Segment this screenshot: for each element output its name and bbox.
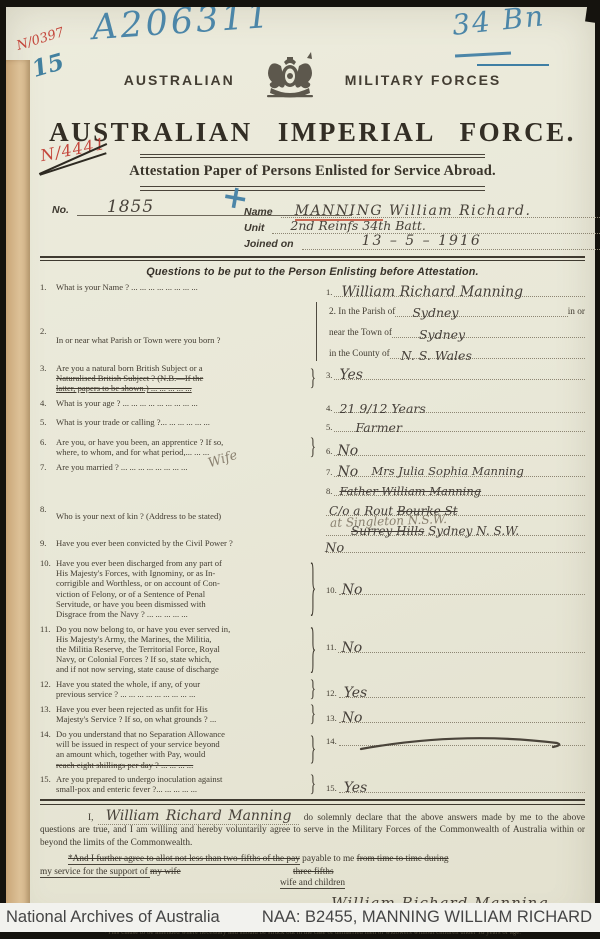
allotment-struck-1: *And I further agree to allot not less t…: [68, 854, 300, 865]
a2-inor-label: in or: [568, 307, 585, 317]
q14-line2: will be issued in respect of your servic…: [56, 739, 220, 749]
q12-number: 12.: [40, 679, 56, 699]
q6-line2: where, to whom, and for what period,... …: [56, 447, 209, 457]
a12-value: Yes: [341, 688, 371, 699]
a12-number: 12.: [326, 688, 339, 698]
q10-line4: viction of Felony, or of a Sentence of P…: [56, 589, 205, 599]
q7-text: Are you married ? ... ... ... ... ... ..…: [56, 462, 316, 477]
a2-parish-label: 2. In the Parish of: [329, 307, 395, 317]
given-names-value: William Richard.: [383, 203, 531, 219]
a7-value: No: [334, 467, 361, 478]
question-row-14: 14. Do you understand that no Separation…: [40, 729, 585, 770]
q1-number: 1.: [40, 282, 56, 297]
naa-item-reference: NAA: B2455, MANNING WILLIAM RICHARD: [262, 908, 592, 927]
q1-text: What is your Name ? ... ... ... ... ... …: [56, 282, 316, 297]
rule-heavy: [40, 256, 585, 262]
questions-heading: Questions to be put to the Person Enlist…: [40, 266, 585, 278]
a9-value: No: [322, 543, 347, 554]
q2-text: In or near what Parish or Town were you …: [56, 317, 316, 345]
joined-on-label: Joined on: [244, 238, 302, 250]
document-scan: AUSTRALIAN: [0, 0, 600, 939]
q5-text: What is your trade or calling ?... ... .…: [56, 417, 316, 432]
q8-text: Who is your next of kin ? (Address to be…: [56, 497, 316, 521]
a14-dash-stroke: [357, 729, 567, 755]
a1-number: 1.: [326, 287, 334, 297]
question-row-10: 10. Have you ever been discharged from a…: [40, 558, 585, 619]
q14-line1: Do you understand that no Separation All…: [56, 729, 225, 739]
allotment-struck-2: from time to time during: [357, 854, 449, 864]
unit-value: 2nd Reinfs 34th Batt.: [290, 218, 425, 233]
a4-number: 4.: [326, 403, 334, 413]
q15-line2: small-pox and enteric fever ?... ... ...…: [56, 784, 197, 794]
allotment-clause: *And I further agree to allot not less t…: [40, 853, 585, 879]
q6-line1: Are you, or have you been, an apprentice…: [56, 437, 223, 447]
unit-label: Unit: [244, 222, 272, 234]
q10-line5: Servitude, or have you been dismissed wi…: [56, 599, 206, 609]
a10-number: 10.: [326, 585, 339, 595]
q4-number: 4.: [40, 398, 56, 413]
a7-nok-value: Mrs Julia Sophia Manning: [368, 466, 526, 477]
a2-town-label: near the Town of: [329, 328, 392, 338]
a10-value: No: [339, 585, 366, 596]
paper-content: AUSTRALIAN: [40, 0, 585, 936]
q9-number: 9.: [40, 538, 56, 553]
question-row-8: 8. Who is your next of kin ? (Address to…: [40, 481, 585, 536]
question-row-2: 2. In or near what Parish or Town were y…: [40, 302, 585, 361]
a4-value: 21 9/12 Years: [336, 403, 428, 414]
rule: [140, 154, 485, 158]
q14-line3: an amount which, together with Pay, woul…: [56, 749, 205, 759]
a8-line1-struck: Father William Manning: [336, 486, 484, 497]
header-military-forces: MILITARY FORCES: [345, 72, 502, 88]
a3-number: 3.: [326, 370, 334, 380]
q10-line2: His Majesty's Forces, with Ignominy, or …: [56, 568, 215, 578]
enlistment-block: No. 1855 Name MANNING William Richard. U…: [40, 201, 585, 250]
allotment-plain-2: my service for the support of: [40, 867, 150, 878]
a6-number: 6.: [326, 446, 334, 456]
q12-line2: previous service ? ... ... ... ... ... .…: [56, 689, 195, 699]
a2-town-value: Sydney: [416, 329, 468, 340]
questions-list: 1. What is your Name ? ... ... ... ... .…: [40, 282, 585, 794]
a13-number: 13.: [326, 713, 339, 723]
q3-line3-struck: latter, papers to be shown.) ... ... ...…: [56, 383, 192, 393]
q11-line2: His Majesty's Army, the Marines, the Mil…: [56, 634, 211, 644]
a1-value: William Richard Manning: [338, 287, 526, 298]
a13-value: No: [339, 713, 366, 724]
q5-number: 5.: [40, 417, 56, 432]
allotment-plain-1: payable to me: [300, 854, 357, 864]
blue-underline: [477, 64, 549, 66]
question-row-12: 12. Have you stated the whole, if any, o…: [40, 679, 585, 699]
q11-number: 11.: [40, 624, 56, 675]
a2-county-value: N. S. Wales: [398, 350, 475, 361]
a15-value: Yes: [341, 783, 371, 794]
q3-line2-struck: Naturalised British Subject ? (N.B.—If t…: [56, 373, 203, 383]
naa-archive-name: National Archives of Australia: [6, 908, 220, 927]
header-row: AUSTRALIAN: [40, 50, 585, 109]
a5-value: Farmer: [352, 422, 404, 433]
declaration: I, William Richard Manning do solemnly d…: [40, 810, 585, 850]
q15-line1: Are you prepared to undergo inoculation …: [56, 774, 222, 784]
scan-edge: [585, 0, 600, 24]
a8-line3: Sydney N. S.W.: [424, 524, 519, 538]
a11-value: No: [338, 643, 365, 654]
rule: [140, 186, 485, 190]
question-row-5: 5. What is your trade or calling ?... ..…: [40, 417, 585, 432]
a3-value: Yes: [336, 370, 366, 381]
allotment-wife-children: wife and children: [280, 878, 345, 889]
q9-text: Have you ever been convicted by the Civi…: [56, 538, 316, 553]
a2-parish-value: Sydney: [409, 307, 461, 318]
question-row-3: 3. Are you a natural born British Subjec…: [40, 363, 585, 394]
subtitle: Attestation Paper of Persons Enlisted fo…: [40, 163, 585, 180]
rule-heavy: [40, 799, 585, 805]
q12-line1: Have you stated the whole, if any, of yo…: [56, 679, 200, 689]
question-row-15: 15. Are you prepared to undergo inoculat…: [40, 774, 585, 794]
question-row-7: 7. Are you married ? ... ... ... ... ...…: [40, 462, 585, 477]
joined-on-value: 13 – 5 – 1916: [362, 233, 482, 249]
q4-text: What is your age ? ... ... ... ... ... .…: [56, 398, 316, 413]
question-row-13: 13. Have you ever been rejected as unfit…: [40, 704, 585, 724]
header-australian: AUSTRALIAN: [124, 72, 235, 88]
declaration-name-hw: William Richard Manning: [98, 808, 300, 825]
q11-line5: and if not now serving, state cause of d…: [56, 664, 219, 674]
q10-number: 10.: [40, 558, 56, 619]
allotment-struck-4: three fifths: [293, 867, 334, 877]
q10-line1: Have you ever been discharged from any p…: [56, 558, 222, 568]
a15-number: 15.: [326, 783, 339, 793]
allotment-struck-3: my wife: [150, 867, 181, 877]
declaration-prefix: I,: [88, 813, 93, 823]
q14-line4-struck: reach eight shillings per day ? ... ... …: [56, 760, 193, 770]
a14-number: 14.: [326, 736, 339, 746]
a8-number: 8.: [326, 486, 334, 496]
q14-number: 14.: [40, 729, 56, 770]
q13-number: 13.: [40, 704, 56, 724]
q10-line3: corrigible and Worthless, or on account …: [56, 578, 220, 588]
a11-number: 11.: [326, 642, 338, 652]
question-row-1: 1. What is your Name ? ... ... ... ... .…: [40, 282, 585, 297]
coat-of-arms-icon: [257, 50, 323, 109]
service-number-value: 1855: [107, 197, 154, 217]
paper-spine-edge: [6, 60, 30, 932]
a2-county-label: in the County of: [329, 349, 390, 359]
q11-line1: Do you now belong to, or have you ever s…: [56, 624, 230, 634]
q2-number: 2.: [40, 326, 56, 336]
q13-line2: Majesty's Service ? If so, on what groun…: [56, 714, 216, 724]
q11-line3: the Militia Reserve, the Territorial For…: [56, 644, 220, 654]
a7-number: 7.: [326, 467, 334, 477]
q15-number: 15.: [40, 774, 56, 794]
a6-value: No: [334, 446, 361, 457]
q6-number: 6.: [40, 437, 56, 457]
a5-number: 5.: [326, 422, 334, 432]
naa-caption-bar: National Archives of Australia NAA: B245…: [0, 903, 600, 932]
q10-line6: Disgrace from the Navy ? ... ... ... ...…: [56, 609, 188, 619]
q8-number: 8.: [40, 504, 56, 514]
no-label: No.: [52, 204, 77, 216]
q13-line1: Have you ever been rejected as unfit for…: [56, 704, 208, 714]
q3-number: 3.: [40, 363, 56, 394]
q7-number: 7.: [40, 462, 56, 477]
question-row-11: 11. Do you now belong to, or have you ev…: [40, 624, 585, 675]
page-title: AUSTRALIAN IMPERIAL FORCE.: [40, 117, 585, 148]
q11-line4: Navy, or Colonial Forces ? If so, state …: [56, 654, 211, 664]
q3-line1: Are you a natural born British Subject o…: [56, 363, 203, 373]
question-row-6: 6. Are you, or have you been, an apprent…: [40, 437, 585, 457]
question-row-4: 4. What is your age ? ... ... ... ... ..…: [40, 398, 585, 413]
scan-edge: [0, 0, 600, 7]
